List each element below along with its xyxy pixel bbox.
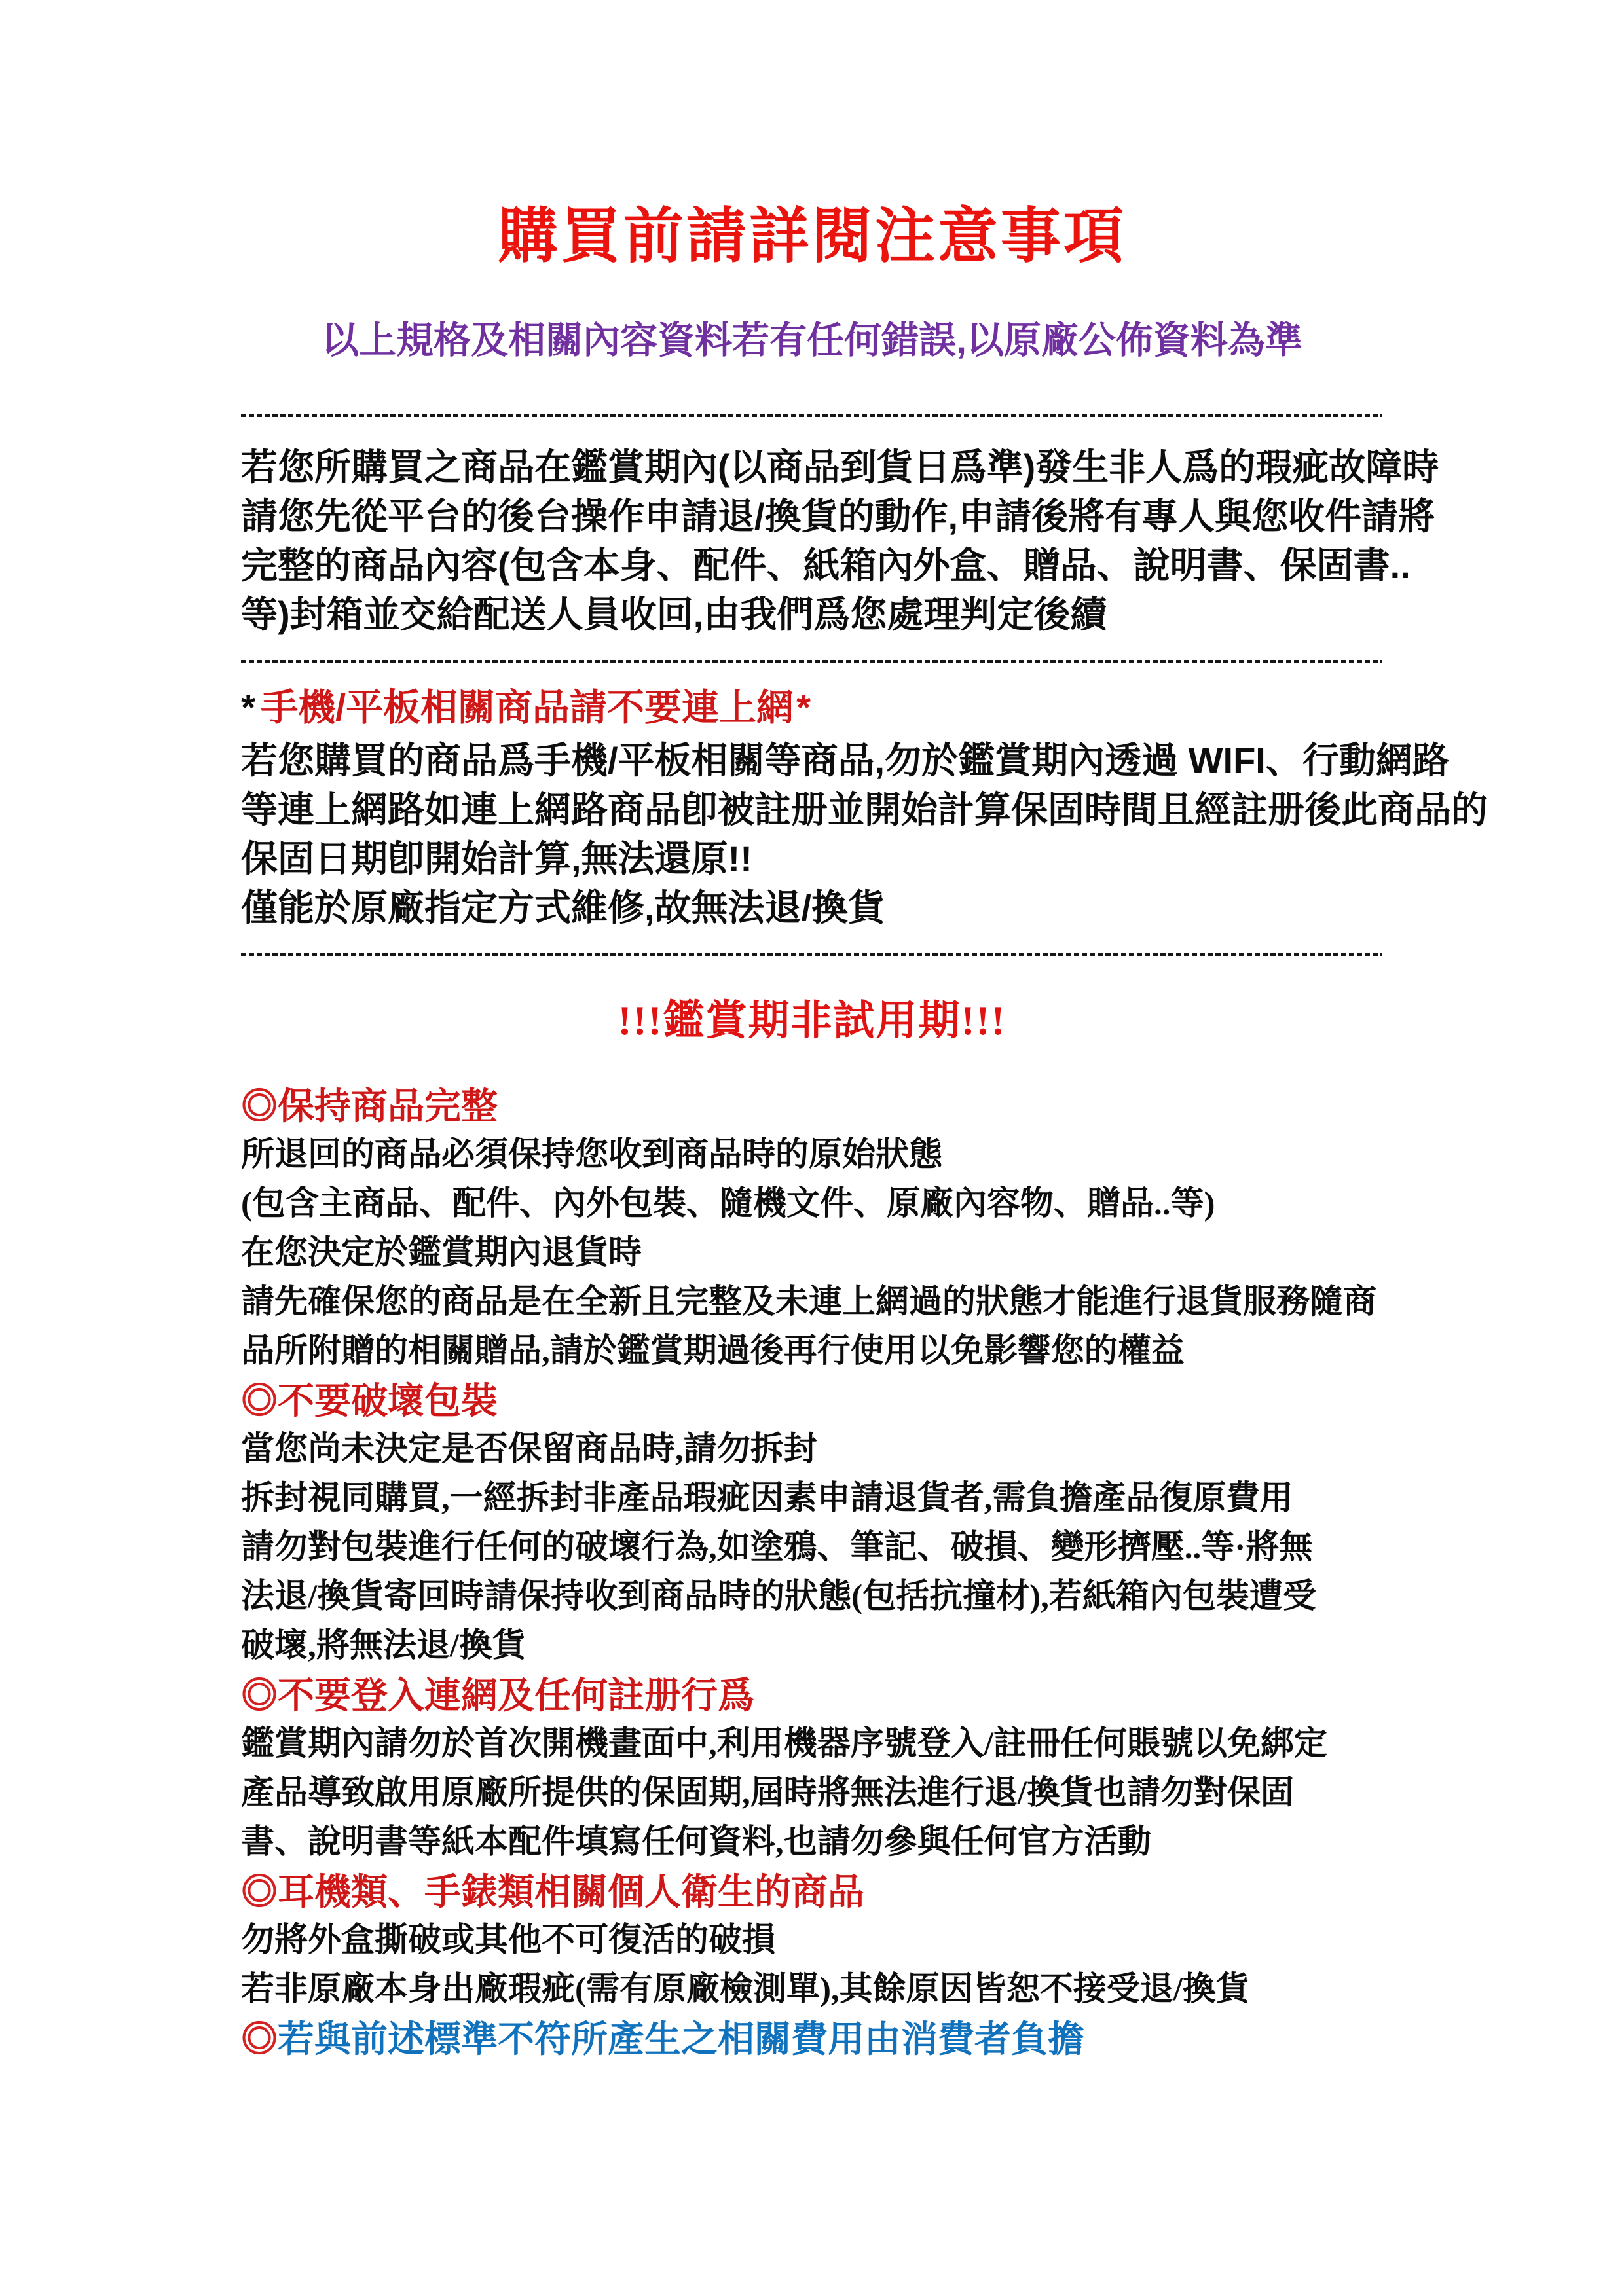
- rule-heading-text: 不要登入連網及任何註册行爲: [278, 1675, 754, 1716]
- paragraph-line: 保固日期卽開始計算,無法還原!!: [241, 834, 1393, 883]
- rule-heading-text: 耳機類、手錶類相關個人衛生的商品: [278, 1871, 864, 1912]
- page-title: 購買前請詳閱注意事項: [0, 200, 1624, 272]
- rule-line: 請先確保您的商品是在全新且完整及未連上網過的狀態才能進行退貨服務隨商: [241, 1278, 1413, 1327]
- rule-line: 請勿對包裝進行任何的破壞行為,如塗鴉、筆記、破損、變形擠壓..等·將無: [241, 1523, 1413, 1573]
- rule-heading-personal-hygiene-products: ◎耳機類、手錶類相關個人衛生的商品: [241, 1867, 1413, 1916]
- purchase-notice-document: 購買前請詳閱注意事項 以上規格及相關內容資料若有任何錯誤,以原廠公佈資料為準 若…: [0, 0, 1624, 2296]
- rule-line: 若非原廠本身出廠瑕疵(需有原廠檢測單),其餘原因皆恕不接受退/換貨: [241, 1965, 1413, 2014]
- double-circle-bullet-icon: ◎: [241, 1085, 278, 1127]
- rule-heading-no-login-or-registration: ◎不要登入連網及任何註册行爲: [241, 1671, 1413, 1720]
- spec-disclaimer-subtitle: 以上規格及相關內容資料若有任何錯誤,以原廠公佈資料為準: [0, 318, 1624, 363]
- rules-section: ◎保持商品完整 所退回的商品必須保持您收到商品時的原始狀態 (包含主商品、配件、…: [241, 1082, 1413, 2064]
- paragraph-line: 完整的商品內容(包含本身、配件、紙箱內外盒、贈品、說明書、保固書..: [241, 541, 1393, 590]
- dashed-divider-1: [241, 414, 1382, 417]
- paragraph-line: 等)封箱並交給配送人員收回,由我們爲您處理判定後續: [241, 590, 1393, 639]
- asterisk-left: *: [241, 687, 255, 729]
- rule-line: 法退/換貨寄回時請保持收到商品時的狀態(包括抗撞材),若紙箱內包裝遭受: [241, 1573, 1413, 1622]
- double-circle-bullet-icon: ◎: [241, 1675, 278, 1716]
- rule-line: 在您決定於鑑賞期內退貨時: [241, 1229, 1413, 1278]
- asterisk-right: *: [796, 687, 811, 729]
- double-circle-bullet-icon: ◎: [241, 1871, 278, 1912]
- rule-line: 勿將外盒撕破或其他不可復活的破損: [241, 1916, 1413, 1965]
- rule-line: 破壞,將無法退/換貨: [241, 1622, 1413, 1671]
- paragraph-line: 僅能於原廠指定方式維修,故無法退/換貨: [241, 883, 1393, 932]
- rule-heading-do-not-damage-packaging: ◎不要破壞包裝: [241, 1376, 1413, 1425]
- rule-line: 鑑賞期內請勿於首次開機畫面中,利用機器序號登入/註冊任何賬號以免綁定: [241, 1720, 1413, 1769]
- dashed-divider-3: [241, 953, 1382, 956]
- rule-line: 所退回的商品必須保持您收到商品時的原始狀態: [241, 1131, 1413, 1180]
- phone-tablet-warning-heading: *手機/平板相關商品請不要連上網*: [241, 685, 1393, 731]
- paragraph-line: 等連上網路如連上網路商品卽被註册並開始計算保固時間且經註册後此商品的: [241, 785, 1393, 834]
- rule-line: 品所附贈的相關贈品,請於鑑賞期過後再行使用以免影響您的權益: [241, 1327, 1413, 1376]
- rule-line: 書、說明書等紙本配件填寫任何資料,也請勿參與任何官方活動: [241, 1818, 1413, 1867]
- rule-line: 產品導致啟用原廠所提供的保固期,屆時將無法進行退/換貨也請勿對保固: [241, 1769, 1413, 1818]
- appreciation-period-banner: !!!鑑賞期非試用期!!!: [0, 996, 1624, 1046]
- dashed-divider-2: [241, 660, 1382, 663]
- paragraph-line: 若您所購買之商品在鑑賞期內(以商品到貨日爲準)發生非人爲的瑕疵故障時: [241, 443, 1393, 492]
- rule-line: 當您尚未決定是否保留商品時,請勿拆封: [241, 1425, 1413, 1474]
- return-process-paragraph: 若您所購買之商品在鑑賞期內(以商品到貨日爲準)發生非人爲的瑕疵故障時 請您先從平…: [241, 443, 1393, 639]
- phone-tablet-warning-paragraph: 若您購買的商品爲手機/平板相關等商品,勿於鑑賞期內透過 WIFI、行動網路 等連…: [241, 736, 1393, 932]
- rule-heading-text: 若與前述標準不符所產生之相關費用由消費者負擔: [278, 2018, 1084, 2060]
- paragraph-line: 請您先從平台的後台操作申請退/換貨的動作,申請後將有專人與您收件請將: [241, 492, 1393, 541]
- double-circle-bullet-icon: ◎: [241, 1380, 278, 1421]
- rule-heading-keep-product-intact: ◎保持商品完整: [241, 1082, 1413, 1131]
- double-circle-bullet-icon: ◎: [241, 2018, 278, 2060]
- rule-heading-consumer-bears-costs: ◎若與前述標準不符所產生之相關費用由消費者負擔: [241, 2014, 1413, 2064]
- rule-heading-text: 保持商品完整: [278, 1085, 498, 1127]
- rule-heading-text: 不要破壞包裝: [278, 1380, 498, 1421]
- rule-line: 拆封視同購買,一經拆封非產品瑕疵因素申請退貨者,需負擔產品復原費用: [241, 1474, 1413, 1523]
- rule-line: (包含主商品、配件、內外包裝、隨機文件、原廠內容物、贈品..等): [241, 1180, 1413, 1229]
- paragraph-line: 若您購買的商品爲手機/平板相關等商品,勿於鑑賞期內透過 WIFI、行動網路: [241, 736, 1393, 785]
- phone-warning-heading-text: 手機/平板相關商品請不要連上網: [261, 687, 794, 729]
